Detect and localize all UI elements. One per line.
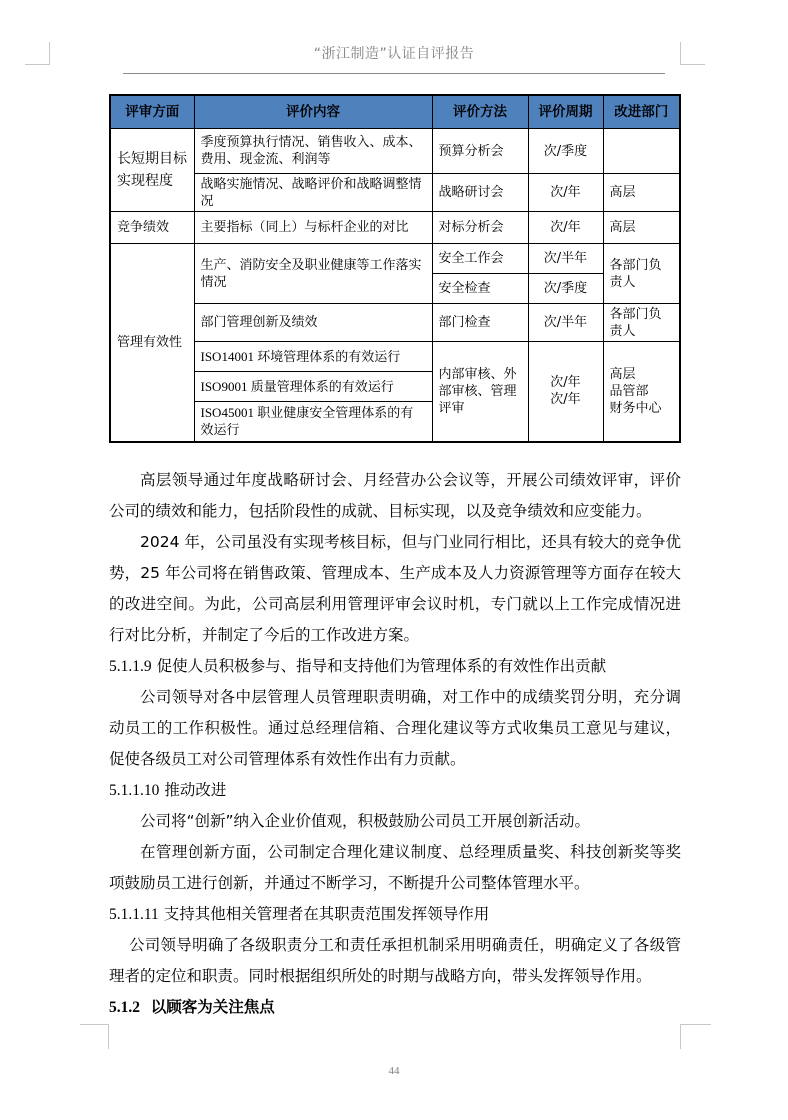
cell-content: 季度预算执行情况、销售收入、成本、费用、现金流、利润等 — [194, 129, 432, 174]
cell-cycle: 次/半年 — [528, 304, 603, 342]
cell-method: 部门检查 — [432, 304, 528, 342]
section-heading-5-1-2: 5.1.2 以顾客为关注焦点 — [109, 992, 681, 1023]
section-title: 以顾客为关注焦点 — [151, 998, 275, 1016]
table-row: 长短期目标实现程度 季度预算执行情况、销售收入、成本、费用、现金流、利润等 预算… — [110, 129, 680, 174]
cell-aspect: 长短期目标实现程度 — [110, 129, 194, 212]
column-header-method: 评价方法 — [432, 95, 528, 129]
section-title: 促使人员积极参与、指导和支持他们为管理体系的有效性作出贡献 — [157, 657, 607, 675]
cell-method: 战略研讨会 — [432, 174, 528, 212]
cell-cycle: 次/年 次/年 — [528, 342, 603, 442]
crop-mark-bottom-right — [680, 1024, 711, 1049]
table-header-row: 评审方面 评价内容 评价方法 评价周期 改进部门 — [110, 95, 680, 129]
table-row: 管理有效性 生产、消防安全及职业健康等工作落实情况 安全工作会 次/半年 各部门… — [110, 244, 680, 274]
column-header-aspect: 评审方面 — [110, 95, 194, 129]
section-title: 推动改进 — [164, 781, 226, 799]
section-number: 5.1.1.10 — [109, 782, 159, 799]
cell-cycle: 次/季度 — [528, 129, 603, 174]
section-heading-5-1-1-11: 5.1.1.11 支持其他相关管理者在其职责范围发挥领导作用 — [109, 899, 681, 930]
table-row: 竞争绩效 主要指标（同上）与标杆企业的对比 对标分析会 次/年 高层 — [110, 212, 680, 244]
paragraph: 在管理创新方面，公司制定合理化建议制度、总经理质量奖、科技创新奖等奖项鼓励员工进… — [109, 837, 681, 899]
evaluation-table: 评审方面 评价内容 评价方法 评价周期 改进部门 长短期目标实现程度 季度预算执… — [109, 94, 681, 443]
dept-line: 财务中心 — [610, 400, 674, 417]
cell-cycle: 次/年 — [528, 212, 603, 244]
section-heading-5-1-1-9: 5.1.1.9 促使人员积极参与、指导和支持他们为管理体系的有效性作出贡献 — [109, 651, 681, 682]
cell-dept: 各部门负责人 — [603, 304, 680, 342]
dept-line: 品管部 — [610, 383, 674, 400]
cell-dept: 高层 品管部 财务中心 — [603, 342, 680, 442]
cell-cycle: 次/年 — [528, 174, 603, 212]
cell-method: 内部审核、外部审核、管理评审 — [432, 342, 528, 442]
cell-dept: 高层 — [603, 174, 680, 212]
section-number: 5.1.1.11 — [109, 906, 159, 923]
crop-mark-top-left — [25, 42, 50, 65]
cell-dept — [603, 129, 680, 174]
paragraph: 公司领导对各中层管理人员管理职责明确，对工作中的成绩奖罚分明，充分调动员工的工作… — [109, 682, 681, 775]
cell-content: 生产、消防安全及职业健康等工作落实情况 — [194, 244, 432, 304]
cell-aspect: 竞争绩效 — [110, 212, 194, 244]
paragraph: 公司将“创新”纳入企业价值观，积极鼓励公司员工开展创新活动。 — [109, 806, 681, 837]
cell-content: ISO14001 环境管理体系的有效运行 — [194, 342, 432, 372]
page-header-title: “浙江制造”认证自评报告 — [0, 43, 788, 63]
cell-method: 预算分析会 — [432, 129, 528, 174]
section-number: 5.1.1.9 — [109, 658, 152, 675]
body-text: 高层领导通过年度战略研讨会、月经营办公会议等，开展公司绩效评审，评价公司的绩效和… — [109, 465, 681, 1023]
cell-content: ISO9001 质量管理体系的有效运行 — [194, 372, 432, 402]
cell-dept: 高层 — [603, 212, 680, 244]
cell-content: ISO45001 职业健康安全管理体系的有效运行 — [194, 402, 432, 442]
column-header-dept: 改进部门 — [603, 95, 680, 129]
crop-mark-bottom-left — [80, 1024, 109, 1049]
section-heading-5-1-1-10: 5.1.1.10 推动改进 — [109, 775, 681, 806]
paragraph: 公司领导明确了各级职责分工和责任承担机制采用明确责任，明确定义了各级管理者的定位… — [109, 930, 681, 992]
table-row: ISO14001 环境管理体系的有效运行 内部审核、外部审核、管理评审 次/年 … — [110, 342, 680, 372]
paragraph: 高层领导通过年度战略研讨会、月经营办公会议等，开展公司绩效评审，评价公司的绩效和… — [109, 465, 681, 527]
table-row: 部门管理创新及绩效 部门检查 次/半年 各部门负责人 — [110, 304, 680, 342]
cycle-line: 次/年 — [535, 391, 597, 408]
cell-method: 安全检查 — [432, 274, 528, 304]
cell-content: 部门管理创新及绩效 — [194, 304, 432, 342]
cell-content: 主要指标（同上）与标杆企业的对比 — [194, 212, 432, 244]
cell-method: 安全工作会 — [432, 244, 528, 274]
column-header-cycle: 评价周期 — [528, 95, 603, 129]
dept-line: 高层 — [610, 366, 674, 383]
paragraph: 2024 年，公司虽没有实现考核目标，但与门业同行相比，还具有较大的竞争优势，2… — [109, 527, 681, 651]
table-row: 战略实施情况、战略评价和战略调整情况 战略研讨会 次/年 高层 — [110, 174, 680, 212]
column-header-content: 评价内容 — [194, 95, 432, 129]
section-title: 支持其他相关管理者在其职责范围发挥领导作用 — [164, 905, 490, 923]
section-number: 5.1.2 — [109, 999, 140, 1016]
page-number: 44 — [0, 1065, 788, 1077]
cell-cycle: 次/半年 — [528, 244, 603, 274]
header-rule — [123, 73, 665, 74]
cycle-line: 次/年 — [535, 374, 597, 391]
cell-dept: 各部门负责人 — [603, 244, 680, 304]
cell-cycle: 次/季度 — [528, 274, 603, 304]
cell-content: 战略实施情况、战略评价和战略调整情况 — [194, 174, 432, 212]
cell-aspect: 管理有效性 — [110, 244, 194, 442]
crop-mark-top-right — [680, 42, 705, 65]
cell-method: 对标分析会 — [432, 212, 528, 244]
